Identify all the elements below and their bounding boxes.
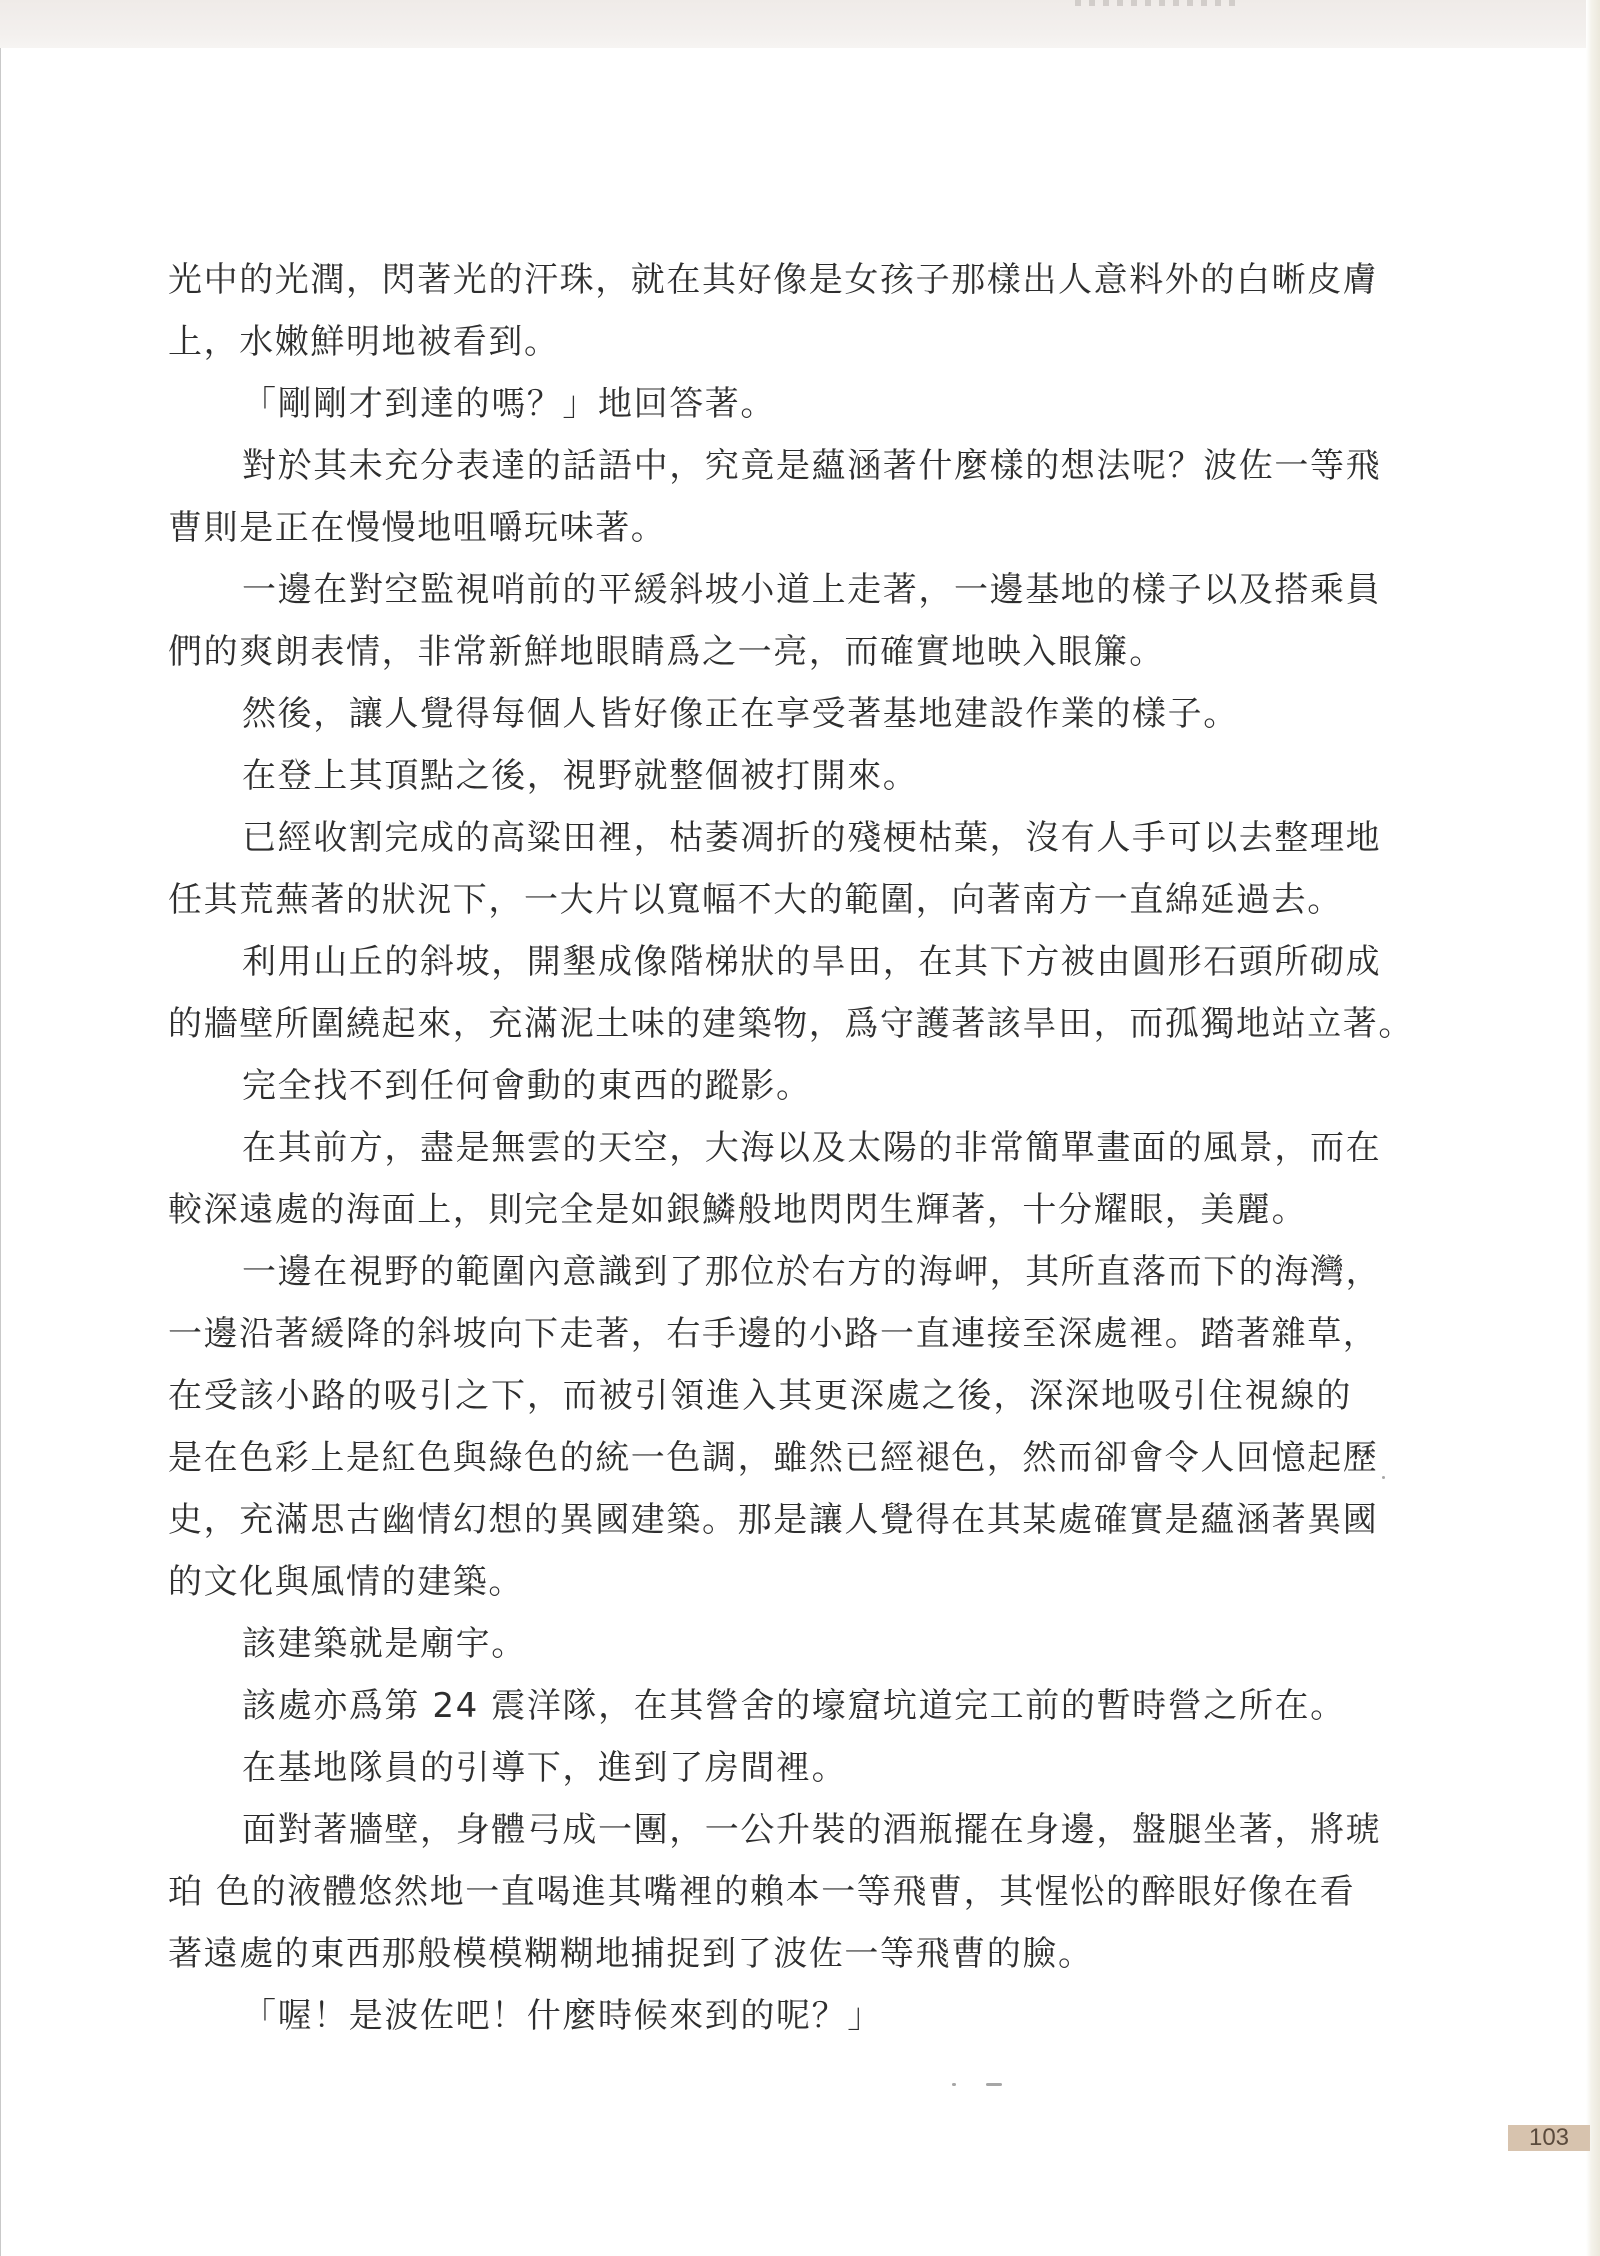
text-line: 史，充滿思古幽情幻想的異國建築。那是讓人覺得在其某處確實是蘊涵著異國	[168, 1489, 1352, 1551]
text-line: 對於其未充分表達的話語中，究竟是蘊涵著什麼樣的想法呢？波佐一等飛	[168, 435, 1352, 497]
text-line: 是在色彩上是紅色與綠色的統一色調，雖然已經褪色，然而卻會令人回憶起歷	[168, 1427, 1352, 1489]
page-left-edge	[0, 48, 1, 2256]
text-line: 「喔！是波佐吧！什麼時候來到的呢？」	[168, 1985, 1368, 2047]
text-line: 完全找不到任何會動的東西的蹤影。	[168, 1055, 1368, 1117]
page-number-badge: 103	[1508, 2125, 1590, 2151]
page-right-edge-shadow	[1586, 0, 1600, 2256]
text-line: 一邊沿著緩降的斜坡向下走著，右手邊的小路一直連接至深處裡。踏著雜草，	[168, 1303, 1352, 1365]
text-line: 上，水嫩鮮明地被看到。	[168, 311, 1368, 373]
text-line: 利用山丘的斜坡，開墾成像階梯狀的旱田，在其下方被由圓形石頭所砌成	[168, 931, 1352, 993]
text-line: 一邊在對空監視哨前的平緩斜坡小道上走著，一邊基地的樣子以及搭乘員	[168, 559, 1352, 621]
bleed-through-marks	[1075, 0, 1235, 6]
scan-speck	[952, 2083, 956, 2086]
page-body-text: 光中的光潤，閃著光的汗珠，就在其好像是女孩子那樣出人意料外的白晰皮膚 上，水嫩鮮…	[168, 249, 1368, 2047]
text-line: 光中的光潤，閃著光的汗珠，就在其好像是女孩子那樣出人意料外的白晰皮膚	[168, 249, 1352, 311]
text-line: 較深遠處的海面上，則完全是如銀鱗般地閃閃生輝著，十分耀眼，美麗。	[168, 1179, 1368, 1241]
scan-top-band	[0, 0, 1600, 48]
text-line: 該處亦爲第 24 震洋隊，在其營舍的壕窟坑道完工前的暫時營之所在。	[168, 1675, 1368, 1737]
text-line: 在登上其頂點之後，視野就整個被打開來。	[168, 745, 1368, 807]
text-line: 的牆壁所圍繞起來，充滿泥土味的建築物，爲守護著該旱田，而孤獨地站立著。	[168, 993, 1352, 1055]
text-line: 曹則是正在慢慢地咀嚼玩味著。	[168, 497, 1368, 559]
text-line: 珀 色的液體悠然地一直喝進其嘴裡的賴本一等飛曹，其惺忪的醉眼好像在看	[168, 1861, 1352, 1923]
text-line: 任其荒蕪著的狀況下，一大片以寬幅不大的範圍，向著南方一直綿延過去。	[168, 869, 1368, 931]
scan-speck	[986, 2083, 1002, 2086]
text-line: 的文化與風情的建築。	[168, 1551, 1368, 1613]
text-line: 著遠處的東西那般模模糊糊地捕捉到了波佐一等飛曹的臉。	[168, 1923, 1368, 1985]
text-line: 在基地隊員的引導下，進到了房間裡。	[168, 1737, 1368, 1799]
text-line: 在其前方，盡是無雲的天空，大海以及太陽的非常簡單畫面的風景，而在	[168, 1117, 1352, 1179]
text-line: 然後，讓人覺得每個人皆好像正在享受著基地建設作業的樣子。	[168, 683, 1368, 745]
scan-speck	[1382, 1476, 1385, 1479]
text-line: 已經收割完成的高粱田裡，枯萎凋折的殘梗枯葉，沒有人手可以去整理地	[168, 807, 1352, 869]
text-line: 該建築就是廟宇。	[168, 1613, 1368, 1675]
text-line: 們的爽朗表情，非常新鮮地眼睛爲之一亮，而確實地映入眼簾。	[168, 621, 1368, 683]
text-line: 面對著牆壁，身體弓成一團，一公升裝的酒瓶擺在身邊，盤腿坐著，將琥	[168, 1799, 1352, 1861]
text-line: 一邊在視野的範圍內意識到了那位於右方的海岬，其所直落而下的海灣，	[168, 1241, 1352, 1303]
text-line: 在受該小路的吸引之下，而被引領進入其更深處之後，深深地吸引住視線的	[168, 1365, 1352, 1427]
text-line: 「剛剛才到達的嗎？」地回答著。	[168, 373, 1368, 435]
